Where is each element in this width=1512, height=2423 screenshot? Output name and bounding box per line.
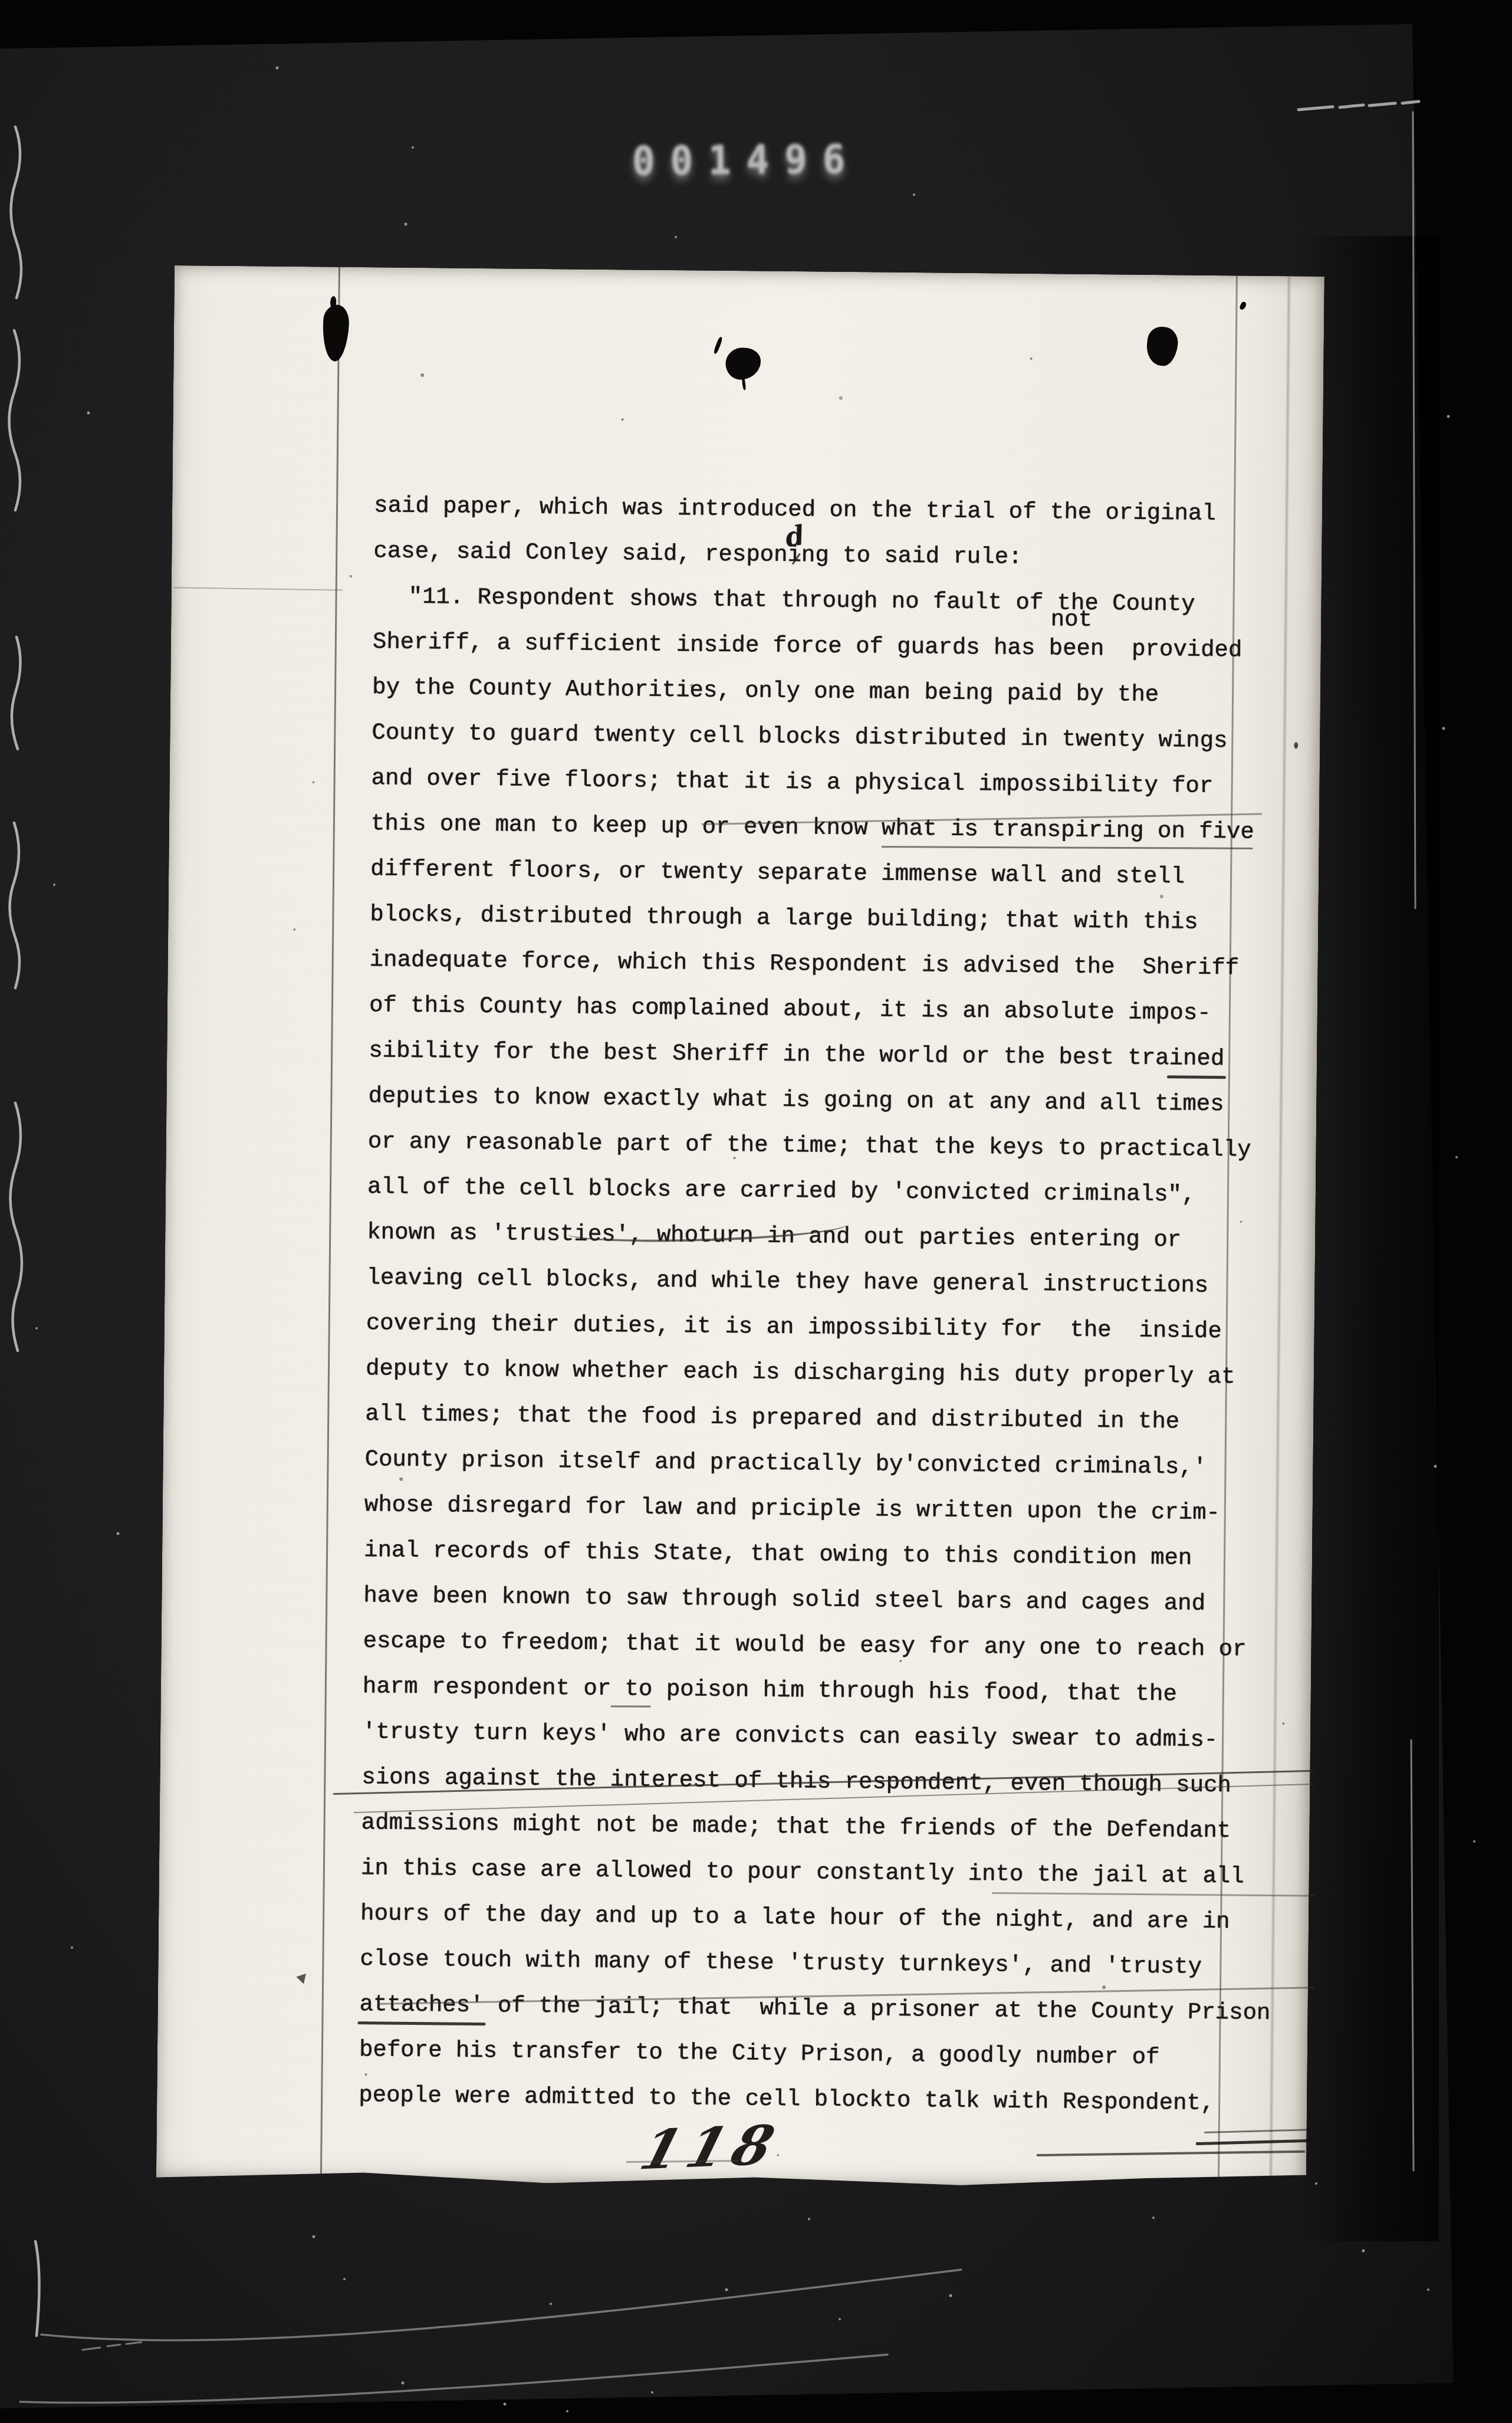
underlined-text: attaches' (359, 1982, 484, 2028)
text-segment: escape to freedom; that it would be easy… (363, 1618, 1247, 1672)
text-segment: all times; that the food is prepared and… (365, 1391, 1180, 1444)
text-segment: before his transfer to the City Prison, … (359, 2027, 1160, 2080)
text-segment: whose disregard for law and priciple is … (364, 1482, 1220, 1536)
ink-blot (321, 304, 350, 362)
text-segment: leaving cell blocks, and while they have… (366, 1255, 1208, 1309)
text-segment: Sheriff, a sufficient inside force of gu… (373, 619, 1036, 671)
text-segment: 'trusty turn keys' who are convicts can … (362, 1709, 1218, 1763)
paper-crease-line (174, 587, 343, 590)
ink-blot (1145, 325, 1179, 367)
text-segment: deputies to know exactly what is going o… (368, 1073, 1224, 1127)
text-segment: this one man to keep up or even know (371, 801, 882, 851)
ink-fleck (1239, 301, 1247, 310)
text-segment: all of the cell blocks are carried by 'c… (367, 1164, 1196, 1217)
typewritten-text: said paper, which was introduced on the … (359, 483, 1330, 2127)
microfilm-scan-page: 001496 said paper, which was introduced … (0, 0, 1512, 2423)
handwritten-page-number: 118 (633, 2113, 788, 2182)
text-segment: inal records of this State, that owing t… (364, 1528, 1192, 1581)
text-segment: different floors, or twenty separate imm… (370, 846, 1185, 899)
ink-blot (724, 346, 762, 382)
text-segment: or any reasonable part of the time; that… (367, 1119, 1251, 1173)
text-segment: County to guard twenty cell blocks distr… (372, 710, 1228, 764)
text-segment: inadequate force, which this Respondent … (369, 937, 1239, 991)
text-line: people were admitted to the cell blockto… (359, 2073, 1314, 2127)
underlined-text: ined (1169, 1036, 1224, 1082)
ledger-rule-left (320, 267, 340, 2181)
underlined-text: what is transpiring on five (881, 806, 1254, 855)
text-segment: covering their duties, it is an impossib… (366, 1301, 1222, 1354)
text-segment: by the County Authorities, only one man … (372, 665, 1159, 718)
text-segment: hours of the day and up to a late hour o… (360, 1891, 1230, 1945)
text-segment: sibility for the best Sheriff in the wor… (369, 1028, 1169, 1081)
text-segment: have been known to saw through solid ste… (363, 1573, 1205, 1627)
text-segment: deputy to know whether each is dischargi… (366, 1346, 1235, 1400)
text-segment: harm respondent or (363, 1664, 612, 1712)
underlined-text: to (611, 1666, 653, 1712)
typed-insertion: not (1050, 597, 1092, 643)
text-segment: County prison itself and practically by'… (364, 1437, 1207, 1490)
text-segment: blocks, distributed through a large buil… (370, 892, 1198, 945)
text-segment: close touch with many of these 'trusty t… (360, 1936, 1202, 1990)
text-segment: poison him through his food, that the (652, 1667, 1177, 1718)
text-segment: of this County has complained about, it … (369, 983, 1211, 1036)
margin-pencil-mark (295, 1972, 306, 1984)
text-segment: and over five floors; that it is a physi… (371, 756, 1213, 809)
dust-speckles (175, 265, 177, 268)
frame-number-stamp: 001496 (632, 137, 861, 185)
text-segment: in this case are allowed to pour constan… (361, 1846, 1245, 1899)
text-segment: case, said Conley said, respon (373, 528, 788, 578)
text-segment: ding to said rule: (787, 533, 1023, 580)
text-segment: not been provided (1035, 626, 1243, 673)
